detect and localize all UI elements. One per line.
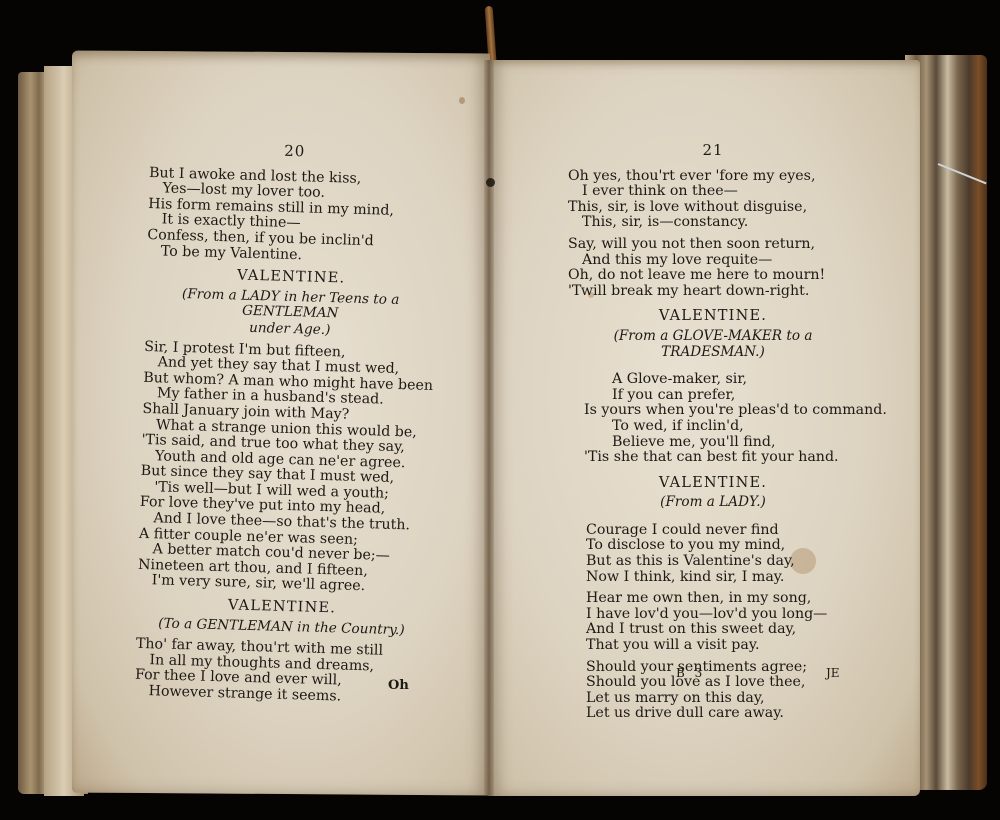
verse-line: And this my love requite— <box>568 253 858 269</box>
poem-title: VALENTINE. <box>568 309 858 325</box>
ink-blot <box>486 178 495 187</box>
verse-line: Is yours when you're pleas'd to command. <box>568 403 858 419</box>
verse-line: To wed, if inclin'd, <box>568 419 858 435</box>
verse-line: Courage I could never find <box>568 523 858 539</box>
verse-line: If you can prefer, <box>568 388 858 404</box>
catchword: Oh <box>388 678 409 693</box>
verse-line: A Glove-maker, sir, <box>568 372 858 388</box>
left-page-text: 20 But I awoke and lost the kiss, Yes—lo… <box>134 140 440 707</box>
poem-subtitle: (To a GENTLEMAN in the Country.) <box>136 615 426 639</box>
verse-line: 'Tis she that can best fit your hand. <box>568 450 858 466</box>
signature-mark: B 3 <box>676 666 705 680</box>
foxing-stain <box>459 97 465 104</box>
verse-line: Say, will you not then soon return, <box>568 237 858 253</box>
right-page-text: 21 Oh yes, thou'rt ever 'fore my eyes, I… <box>568 143 858 722</box>
verse-line: That you will a visit pay. <box>568 638 858 654</box>
poem-title: VALENTINE. <box>568 476 858 492</box>
verse-line: This, sir, is love without disguise, <box>568 200 858 216</box>
page-number: 21 <box>568 143 858 159</box>
verse-line: Now I think, kind sir, I may. <box>568 570 858 586</box>
verse-line: I have lov'd you—lov'd you long— <box>568 607 858 623</box>
verse-line: Believe me, you'll find, <box>568 435 858 451</box>
verse-line: Should your sentiments agree; <box>568 660 858 676</box>
poem-subtitle: (From a LADY.) <box>568 495 858 511</box>
book-gutter <box>484 60 494 796</box>
verse-line: I ever think on thee— <box>568 184 858 200</box>
poem-subtitle: (From a GLOVE-MAKER to a TRADESMAN.) <box>568 329 858 360</box>
verse-line: Let us drive dull care away. <box>568 706 858 722</box>
verse-line: Should you love as I love thee, <box>568 675 858 691</box>
verse-line: Let us marry on this day, <box>568 691 858 707</box>
verse-line: This, sir, is—constancy. <box>568 215 858 231</box>
verse-line: Hear me own then, in my song, <box>568 591 858 607</box>
initials-mark: JE <box>826 666 840 680</box>
verse-line: Oh, do not leave me here to mourn! <box>568 268 858 284</box>
verse-line: And I trust on this sweet day, <box>568 622 858 638</box>
verse-line: Oh yes, thou'rt ever 'fore my eyes, <box>568 169 858 185</box>
verse-line: But as this is Valentine's day, <box>568 554 858 570</box>
verse-line: 'Twill break my heart down-right. <box>568 284 858 300</box>
verse-line: To disclose to you my mind, <box>568 538 858 554</box>
